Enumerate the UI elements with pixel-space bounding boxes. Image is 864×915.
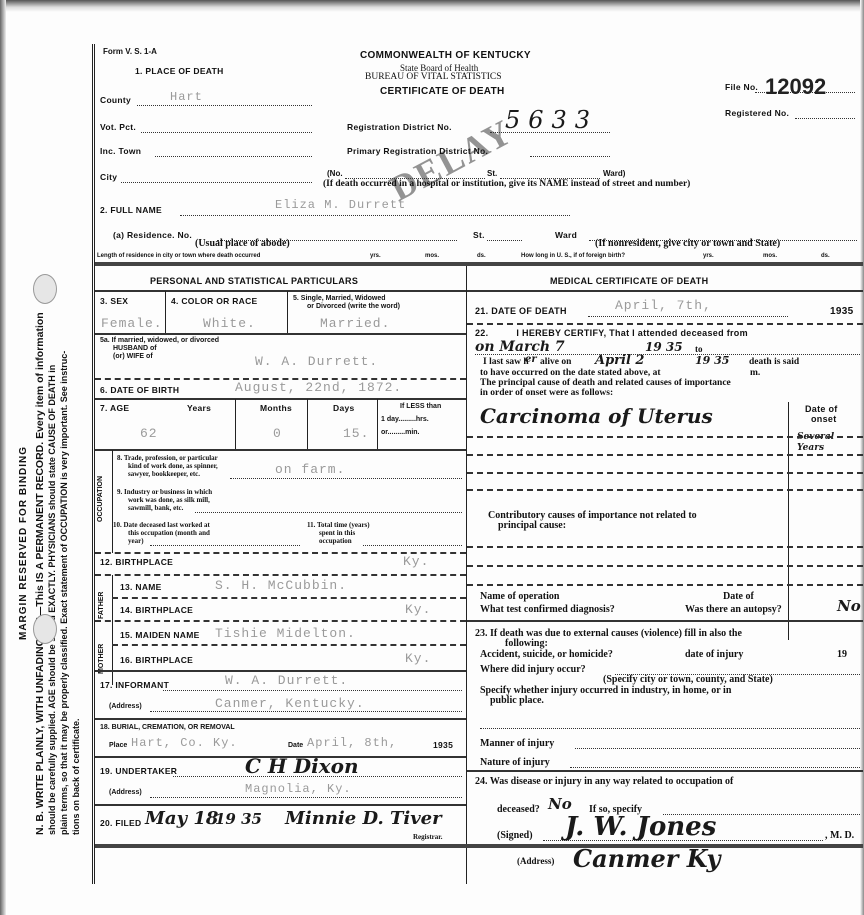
rule xyxy=(467,565,863,567)
place-of-death-heading: 1. PLACE OF DEATH xyxy=(135,66,224,76)
father-side-label: FATHER xyxy=(98,592,106,619)
last-saw-pronoun: er xyxy=(525,354,537,365)
punch-hole xyxy=(33,614,57,644)
rule xyxy=(95,333,466,335)
occupation-related-value: No xyxy=(548,795,572,813)
alive-on-label: alive on xyxy=(540,357,571,367)
industry-label-3: sawmill, bank, etc. xyxy=(128,504,183,512)
cell-divider xyxy=(112,450,113,553)
certificate-title: CERTIFICATE OF DEATH xyxy=(380,86,505,97)
injury-place-line xyxy=(480,728,860,729)
rule xyxy=(467,454,863,456)
margin-instruction-line: should be carefully supplied. AGE should… xyxy=(47,365,57,835)
total-time-label-2: spent in this xyxy=(319,529,355,537)
undertaker-address-label: (Address) xyxy=(109,789,142,797)
rule xyxy=(95,449,466,451)
cell-divider xyxy=(235,399,236,449)
principal-cause-line: The principal cause of death and related… xyxy=(480,378,731,388)
rule xyxy=(95,398,466,400)
county-value: Hart xyxy=(170,90,203,104)
nature-injury-line xyxy=(570,767,860,768)
manner-injury-line xyxy=(575,748,860,749)
margin-instruction-line: tions on back of certificate. xyxy=(71,718,81,835)
registered-no-line xyxy=(795,118,855,119)
no-label: (No. xyxy=(327,170,343,178)
informant-address-value: Canmer, Kentucky. xyxy=(215,696,365,711)
mother-birthplace-value: Ky. xyxy=(405,651,431,666)
rule xyxy=(112,597,466,599)
death-certificate: Form V. S. 1-A 1. PLACE OF DEATH COMMONW… xyxy=(92,44,864,884)
physician-address-label: (Address) xyxy=(517,856,554,866)
rule xyxy=(467,436,863,438)
specify-city-note: (Specify city or town, county, and State… xyxy=(603,674,773,685)
spouse-value: W. A. Durrett. xyxy=(255,354,378,369)
yrs-label: yrs. xyxy=(370,252,381,260)
foreign-birth-label: How long in U. S., if of foreign birth? xyxy=(521,252,625,260)
trade-label: 8. Trade, profession, or particular xyxy=(117,454,218,462)
burial-label: 18. BURIAL, CREMATION, OR REMOVAL xyxy=(100,724,235,732)
trade-label-2: kind of work done, as spinner, xyxy=(128,462,218,470)
father-name-label: 13. NAME xyxy=(120,582,162,592)
informant-line xyxy=(163,690,462,691)
margin-binding-note: MARGIN RESERVED FOR BINDING xyxy=(18,446,29,640)
nonresident-note: (If nonresident, give city or town and S… xyxy=(595,238,780,249)
months-label: Months xyxy=(260,403,292,413)
injury-date-label: date of injury xyxy=(685,649,743,660)
city-line xyxy=(121,182,312,183)
attended-from-year: 19 35 xyxy=(645,340,683,354)
st-label: St. xyxy=(487,170,497,178)
death-said-label: death is said xyxy=(749,357,799,367)
external-causes-label-2: following: xyxy=(505,638,548,649)
rule xyxy=(467,546,863,548)
trade-label-3: sawyer, bookkeeper, etc. xyxy=(128,470,200,478)
rule xyxy=(467,584,863,586)
mother-name-value: Tishie Midelton. xyxy=(215,626,356,641)
rule xyxy=(467,323,863,325)
age-days-value: 15. xyxy=(343,426,369,441)
occupation-side-label: OCCUPATION xyxy=(97,476,105,522)
scan-edge-left xyxy=(0,0,6,915)
burial-place-value: Hart, Co. Ky. xyxy=(131,736,238,750)
manner-injury-label: Manner of injury xyxy=(480,738,554,749)
physician-signature: J. W. Jones xyxy=(565,812,716,842)
last-worked-line xyxy=(150,545,300,546)
birthplace-value: Ky. xyxy=(403,554,429,569)
bureau-title: BUREAU OF VITAL STATISTICS xyxy=(365,72,502,82)
rule xyxy=(95,804,466,806)
rule xyxy=(95,574,466,576)
mos-label: mos. xyxy=(425,252,439,260)
registration-district-value: 5633 xyxy=(505,106,598,134)
father-birthplace-value: Ky. xyxy=(405,602,431,617)
date-of-death-value: April, 7th, xyxy=(615,298,712,313)
residence-label: (a) Residence. No. xyxy=(113,230,192,240)
rule xyxy=(467,620,863,622)
hospital-note: (If death occurred in a hospital or inst… xyxy=(323,179,690,189)
deceased-label: deceased? xyxy=(497,804,540,815)
burial-year-value: 1935 xyxy=(433,740,453,750)
cell-divider xyxy=(287,291,288,333)
attended-from-value: on March 7 xyxy=(475,339,565,355)
rule xyxy=(467,290,863,292)
registrar-signature: Minnie D. Tiver xyxy=(285,808,442,829)
burial-date-value: April, 8th, xyxy=(307,736,397,750)
years-label: Years xyxy=(187,403,211,413)
primary-district-line xyxy=(530,156,610,157)
occurred-line: to have occurred on the date stated abov… xyxy=(480,368,661,378)
specify-whether-label-2: public place. xyxy=(490,695,544,706)
filed-label: 20. FILED xyxy=(100,818,141,828)
trade-value: on farm. xyxy=(275,462,345,477)
file-no-value: 12092 xyxy=(765,74,826,100)
informant-address-line xyxy=(150,711,462,712)
undertaker-address-line xyxy=(150,797,462,798)
informant-value: W. A. Durrett. xyxy=(225,673,348,688)
onset-label: Date of xyxy=(805,404,838,414)
ds-label: ds. xyxy=(477,252,486,260)
punch-hole xyxy=(33,274,57,304)
dob-value: August, 22nd, 1872. xyxy=(235,380,402,395)
margin-instruction-line: plain terms, so that it may be properly … xyxy=(59,351,69,835)
last-worked-label: 10. Date deceased last worked at xyxy=(113,521,210,529)
md-label: , M. D. xyxy=(825,830,854,841)
personal-heading: PERSONAL AND STATISTICAL PARTICULARS xyxy=(150,276,358,286)
test-confirmed-label: What test confirmed diagnosis? xyxy=(480,604,615,615)
rule xyxy=(95,290,466,292)
county-label: County xyxy=(100,95,131,105)
signed-label: (Signed) xyxy=(497,830,533,841)
last-saw-label: I last saw h xyxy=(483,357,529,367)
undertaker-signature: C H Dixon xyxy=(245,754,359,778)
full-name-label: 2. FULL NAME xyxy=(100,205,162,215)
burial-date-label: Date xyxy=(288,742,303,750)
industry-label-2: work was done, as silk mill, xyxy=(128,496,210,504)
mos-label: mos. xyxy=(763,252,777,260)
principal-cause-line-2: in order of onset were as follows: xyxy=(480,388,613,398)
m-label: m. xyxy=(750,368,760,378)
onset-label-2: onset xyxy=(811,414,837,424)
last-worked-label-2: this occupation (month and xyxy=(128,529,210,537)
cell-divider xyxy=(377,399,378,449)
rule xyxy=(95,718,466,720)
trade-line xyxy=(230,478,462,479)
rule xyxy=(467,489,863,491)
physician-address-value: Canmer Ky xyxy=(573,844,721,873)
bottom-rule xyxy=(95,844,863,848)
county-line xyxy=(137,105,312,106)
total-time-line xyxy=(363,545,462,546)
birthplace-label: 12. BIRTHPLACE xyxy=(100,557,173,567)
burial-place-label: Place xyxy=(109,742,127,750)
yrs-label: yrs. xyxy=(703,252,714,260)
spouse-label: 5a. If married, widowed, or divorced xyxy=(100,337,219,345)
commonwealth-title: COMMONWEALTH OF KENTUCKY xyxy=(360,50,531,61)
rule xyxy=(95,670,466,672)
medical-heading: MEDICAL CERTIFICATE OF DEATH xyxy=(550,276,708,286)
min-label: or.........min. xyxy=(381,429,420,437)
industry-label: 9. Industry or business in which xyxy=(117,488,212,496)
date-of-death-label: 21. DATE OF DEATH xyxy=(475,306,567,316)
dob-label: 6. DATE OF BIRTH xyxy=(100,385,179,395)
vot-pct-line xyxy=(141,132,312,133)
where-injury-label: Where did injury occur? xyxy=(480,664,586,675)
mother-name-label: 15. MAIDEN NAME xyxy=(120,630,200,640)
rule xyxy=(112,644,466,646)
sex-value: Female. xyxy=(101,316,163,331)
city-label: City xyxy=(100,172,117,182)
accident-label: Accident, suicide, or homicide? xyxy=(480,649,613,660)
sex-label: 3. SEX xyxy=(100,296,128,306)
cell-divider xyxy=(307,399,308,449)
form-number: Form V. S. 1-A xyxy=(103,48,157,56)
spouse-label-3: (or) WIFE of xyxy=(113,353,153,361)
age-label: 7. AGE xyxy=(100,403,129,413)
undertaker-label: 19. UNDERTAKER xyxy=(100,766,177,776)
operation-label: Name of operation xyxy=(480,591,559,602)
certify-statement: 22. I HEREBY CERTIFY, That I attended de… xyxy=(475,328,748,338)
scan-edge-top xyxy=(0,0,864,12)
rule xyxy=(95,620,466,622)
section-divider xyxy=(95,262,863,266)
residence-st-label: St. xyxy=(473,230,485,240)
margin-instruction-line: N. B. WRITE PLAINLY, WITH UNFADING INK—T… xyxy=(34,312,46,835)
full-name-line xyxy=(180,215,570,216)
nature-injury-label: Nature of injury xyxy=(480,757,550,768)
filed-year-value: 19 35 xyxy=(215,810,262,828)
age-months-value: 0 xyxy=(273,426,282,441)
registered-no-label: Registered No. xyxy=(725,108,789,118)
less-than-label: If LESS than xyxy=(400,403,441,411)
contributory-label-2: principal cause: xyxy=(498,520,566,531)
total-time-label: 11. Total time (years) xyxy=(307,521,370,529)
inc-town-line xyxy=(155,156,312,157)
ward-label: Ward) xyxy=(603,170,625,178)
death-year-value: 1935 xyxy=(830,306,853,317)
days-label: Days xyxy=(333,403,355,413)
date-of-death-line xyxy=(588,316,788,317)
race-label: 4. COLOR OR RACE xyxy=(171,296,258,306)
marital-value: Married. xyxy=(320,316,390,331)
file-no-label: File No. xyxy=(725,82,758,92)
primary-district-label: Primary Registration District No. xyxy=(347,146,488,156)
last-saw-year: 19 35 xyxy=(695,354,729,367)
total-time-label-3: occupation xyxy=(319,537,352,545)
registration-district-label: Registration District No. xyxy=(347,122,452,132)
rule xyxy=(467,770,863,772)
length-residence-label: Length of residence in city or town wher… xyxy=(97,252,260,260)
date-of-operation-label: Date of xyxy=(723,591,754,602)
cause-of-death-value: Carcinoma of Uterus xyxy=(480,404,713,428)
industry-line xyxy=(195,512,462,513)
residence-st-line xyxy=(487,240,522,241)
age-years-value: 62 xyxy=(140,426,158,441)
informant-address-label: (Address) xyxy=(109,703,142,711)
autopsy-value: No xyxy=(837,597,861,615)
residence-ward-label: Ward xyxy=(555,230,577,240)
full-name-value: Eliza M. Durrett xyxy=(275,198,406,212)
father-birthplace-label: 14. BIRTHPLACE xyxy=(120,605,193,615)
marital-label: 5. Single, Married, Widowed xyxy=(293,295,386,303)
column-divider xyxy=(466,266,467,884)
informant-label: 17. INFORMANT xyxy=(100,680,169,690)
registrar-label: Registrar. xyxy=(413,833,442,841)
marital-label-2: or Divorced (write the word) xyxy=(307,303,400,311)
last-worked-label-3: year) xyxy=(128,537,144,545)
cell-divider xyxy=(165,291,166,333)
rule xyxy=(467,472,863,474)
hrs-label: 1 day.........hrs. xyxy=(381,416,429,424)
last-saw-date: April 2 xyxy=(595,353,644,368)
inc-town-label: Inc. Town xyxy=(100,146,141,156)
race-value: White. xyxy=(203,316,256,331)
occupation-related-label: 24. Was disease or injury in any way rel… xyxy=(475,776,733,787)
filed-date-value: May 18 xyxy=(145,808,218,829)
father-name-value: S. H. McCubbin. xyxy=(215,578,347,593)
abode-note: (Usual place of abode) xyxy=(195,238,290,249)
undertaker-address-value: Magnolia, Ky. xyxy=(245,782,352,796)
vot-pct-label: Vot. Pct. xyxy=(100,122,136,132)
cell-divider xyxy=(112,575,113,685)
injury-year-label: 19 xyxy=(837,649,847,660)
ds-label: ds. xyxy=(821,252,830,260)
attended-to-label: to xyxy=(695,345,703,353)
spouse-label-2: HUSBAND of xyxy=(113,345,157,353)
autopsy-label: Was there an autopsy? xyxy=(685,604,782,615)
mother-birthplace-label: 16. BIRTHPLACE xyxy=(120,655,193,665)
